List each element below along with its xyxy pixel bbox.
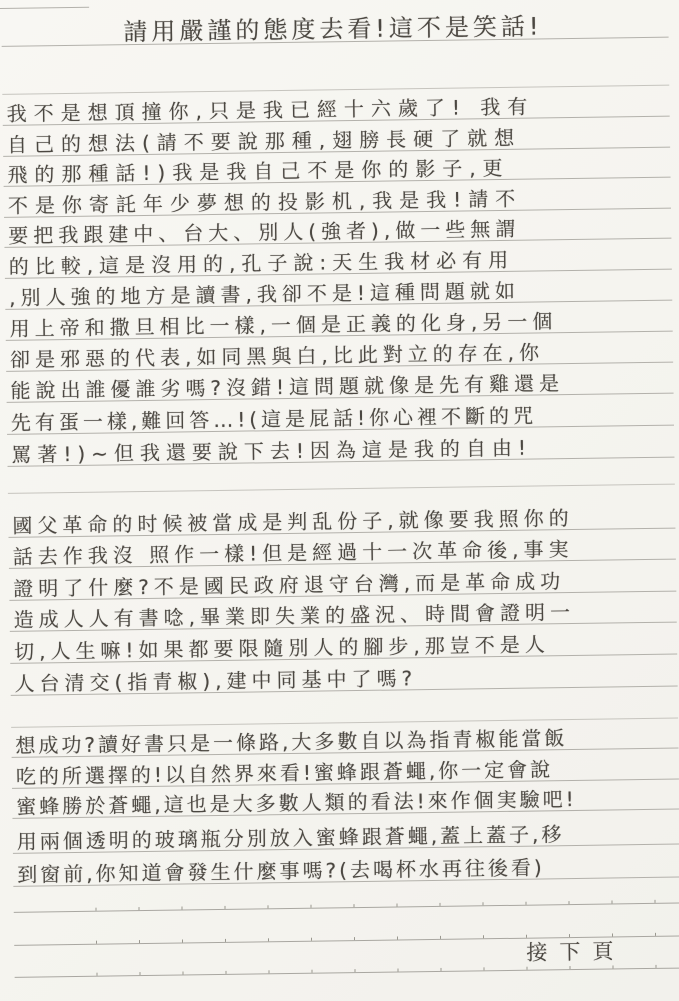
handwritten-line: 人台清交(指青椒),建中同基中了嗎?	[14, 662, 417, 697]
handwritten-line: 到窗前,你知道會發生什麼事嗎?(去喝杯水再往後看)	[17, 851, 545, 887]
handwritten-line: 能說出誰優誰劣嗎?沒錯!這問題就像是先有雞還是	[10, 367, 564, 404]
handwritten-line: ,別人強的地方是讀書,我卻不是!這種問題就如	[9, 275, 520, 311]
handwritten-line: 話去作我沒 照作一樣!但是經過十一次革命後,事実	[13, 533, 574, 570]
rule-fragment	[0, 7, 89, 9]
page-content: 請用嚴謹的態度去看!這不是笑話! 我不是想頂撞你,只是我已經十六歲了	[0, 0, 679, 1001]
handwritten-line: 的比較,這是沒用的,孔子說:天生我材必有用	[9, 244, 515, 280]
rule-line	[8, 484, 675, 494]
notebook-page: 請用嚴謹的態度去看!這不是笑話! 我不是想頂撞你,只是我已經十六歲了	[0, 0, 679, 1001]
next-page-note: 接下頁	[526, 935, 625, 966]
handwritten-line: 要把我跟建中、台大、別人(強者),做一些無謂	[8, 213, 520, 249]
handwritten-line: 先有蛋一樣,難回答…!(這是屁話!你心裡不斷的咒	[11, 399, 538, 435]
handwritten-line: 飛的那種話!)我是我自己不是你的影子,更	[7, 152, 510, 188]
handwritten-line: 我不是想頂撞你,只是我已經十六歲了! 我有	[6, 91, 534, 127]
page-title: 請用嚴謹的態度去看!這不是笑話!	[0, 5, 673, 49]
handwritten-line: 用兩個透明的玻璃瓶分別放入蜜蜂跟蒼蠅,蓋上蓋子,移	[17, 818, 565, 855]
handwritten-line: 造成人人有書唸,畢業即失業的盛況、時間會證明一	[13, 596, 575, 633]
handwritten-line: 罵著!)~但我還要說下去!因為這是我的自由!	[11, 432, 532, 468]
rule-line	[14, 903, 679, 913]
handwritten-line: 切,人生嘛!如果都要限隨別人的腳步,那豈不是人	[14, 628, 550, 664]
rule-line	[15, 968, 679, 978]
handwritten-line: 卻是邪惡的代表,如同黑與白,比此對立的存在,你	[10, 336, 544, 372]
